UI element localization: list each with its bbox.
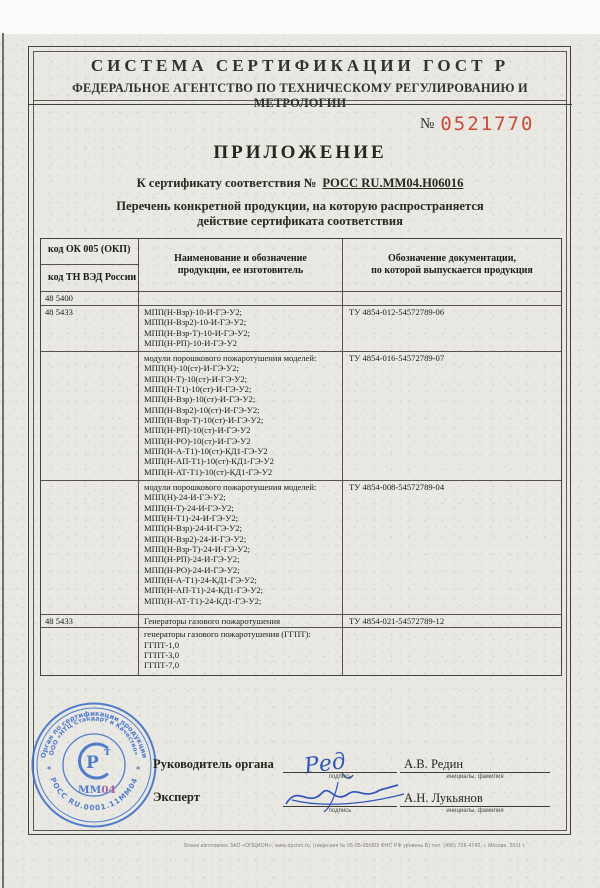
table-row: генераторы газового пожаротушения (ГГПТ)… [41, 627, 561, 675]
products-cell: модули порошкового пожаротушения моделей… [139, 352, 343, 480]
table-header-row: код ОК 005 (ОКП) код ТН ВЭД России Наиме… [41, 239, 561, 291]
certificate-appendix-page: СИСТЕМА СЕРТИФИКАЦИИ ГОСТ Р ФЕДЕРАЛЬНОЕ … [0, 0, 600, 888]
tnved-code-header: код ТН ВЭД России [41, 265, 138, 292]
svg-text:*: * [136, 765, 141, 774]
document-title: ПРИЛОЖЕНИЕ [40, 142, 560, 164]
head-signature-line [283, 772, 397, 773]
blank-manufacturer-fine-print: Бланк изготовлен ЗАО «ОПЦИОН», www.opcio… [120, 843, 590, 849]
certificate-reference-line: К сертификату соответствия №РОСС RU.MM04… [40, 176, 560, 191]
doc-cell: ТУ 4854-008-54572789-04 [343, 481, 561, 614]
code-cell [41, 628, 139, 675]
certificate-number: РОСС RU.MM04.Н06016 [322, 176, 463, 190]
svg-text:*: * [47, 765, 52, 774]
signature-caption: подпись [283, 774, 397, 780]
expert-label: Эксперт [153, 790, 200, 805]
svg-text:т: т [104, 745, 111, 758]
code-cell [41, 481, 139, 614]
code-cell [41, 352, 139, 480]
name-caption: инициалы, фамилия [400, 808, 550, 814]
name-caption: инициалы, фамилия [400, 774, 550, 780]
svg-text:ММ04: ММ04 [78, 784, 116, 796]
table-row: 48 5433 Генераторы газового пожаротушени… [41, 614, 561, 627]
head-of-body-label: Руководитель органа [153, 757, 274, 772]
certification-body-stamp-icon: Орган по сертификации продукции ООО «НТЦ… [30, 700, 158, 830]
doc-cell [343, 628, 561, 675]
table-row: модули порошкового пожаротушения моделей… [41, 351, 561, 480]
form-serial-number: 0521770 [440, 113, 534, 135]
products-table: код ОК 005 (ОКП) код ТН ВЭД России Наиме… [40, 238, 562, 676]
code-cell: 48 5400 [41, 292, 139, 305]
doc-cell: ТУ 4854-021-54572789-12 [343, 615, 561, 627]
agency-title: ФЕДЕРАЛЬНОЕ АГЕНТСТВО ПО ТЕХНИЧЕСКОМУ РЕ… [34, 81, 566, 111]
column-documentation-header: Обозначение документации, по которой вып… [343, 239, 561, 291]
products-cell: Генераторы газового пожаротушения [139, 615, 343, 627]
scan-top-margin [0, 0, 600, 34]
products-cell: МПП(Н-Взр)-10-И-ГЭ-У2; МПП(Н-Взр2)-10-И-… [139, 306, 343, 351]
scan-edge-line [2, 33, 4, 888]
signature-caption: подпись [283, 808, 397, 814]
expert-name: А.Н. Лукьянов [404, 791, 483, 806]
code-cell: 48 5433 [41, 615, 139, 627]
certificate-reference-prefix: К сертификату соответствия № [137, 176, 317, 190]
doc-cell: ТУ 4854-016-54572789-07 [343, 352, 561, 480]
table-row: модули порошкового пожаротушения моделей… [41, 480, 561, 614]
head-name-line [400, 772, 550, 773]
expert-signature-line [283, 806, 397, 807]
doc-cell: ТУ 4854-012-54572789-06 [343, 306, 561, 351]
table-row: 48 5400 [41, 291, 561, 305]
products-cell: модули порошкового пожаротушения моделей… [139, 481, 343, 614]
head-name: А.В. Редин [404, 757, 463, 772]
table-row: 48 5433 МПП(Н-Взр)-10-И-ГЭ-У2; МПП(Н-Взр… [41, 305, 561, 351]
okp-code-header: код ОК 005 (ОКП) [41, 239, 138, 265]
column-codes-header: код ОК 005 (ОКП) код ТН ВЭД России [41, 239, 139, 291]
product-list-subtitle: Перечень конкретной продукции, на котору… [40, 199, 560, 229]
svg-text:Р: Р [86, 753, 99, 773]
numero-sign: № [420, 116, 434, 132]
code-cell: 48 5433 [41, 306, 139, 351]
doc-cell [343, 292, 561, 305]
expert-name-line [400, 806, 550, 807]
column-product-header: Наименование и обозначение продукции, ее… [139, 239, 343, 291]
form-serial: №0521770 [420, 113, 560, 135]
products-cell: генераторы газового пожаротушения (ГГПТ)… [139, 628, 343, 675]
certification-system-title: СИСТЕМА СЕРТИФИКАЦИИ ГОСТ Р [40, 56, 560, 76]
products-cell [139, 292, 343, 305]
